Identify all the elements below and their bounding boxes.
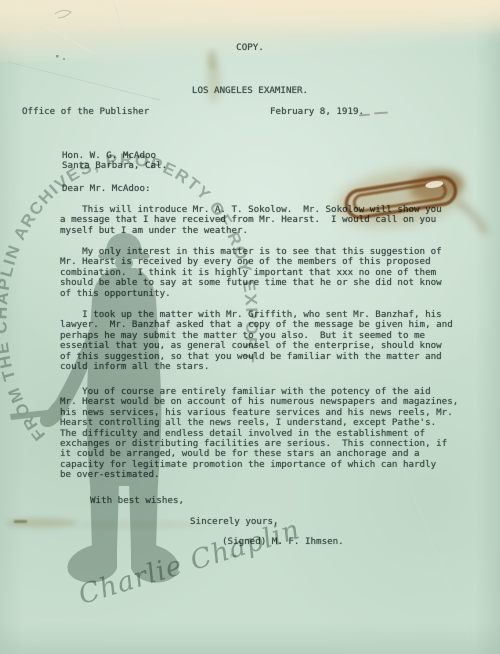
body-paragraph: You of course are entirely familiar with… <box>60 387 458 481</box>
scanned-letter-page: COPY. LOS ANGELES EXAMINER. Office of th… <box>0 0 500 654</box>
salutation: Dear Mr. McAdoo: <box>62 184 151 194</box>
body-paragraph: My only interest in this matter is to se… <box>60 247 442 299</box>
recipient-address: Hon. W. G. McAdoo Santa Barbara, Cal. <box>62 151 167 172</box>
body-paragraph: I took up the matter with Mr. Griffith, … <box>60 310 453 372</box>
office-of-publisher-line: Office of the Publisher <box>22 107 149 117</box>
closing-line: With best wishes, <box>90 496 184 506</box>
trademark-symbol: ™ <box>229 553 237 562</box>
body-paragraph: This will introduce Mr. A. T. Sokolow. M… <box>60 205 442 236</box>
letterhead-masthead: LOS ANGELES EXAMINER. <box>0 86 500 96</box>
copy-label: COPY. <box>0 43 500 53</box>
date-line: February 8, 1919. <box>270 107 364 117</box>
